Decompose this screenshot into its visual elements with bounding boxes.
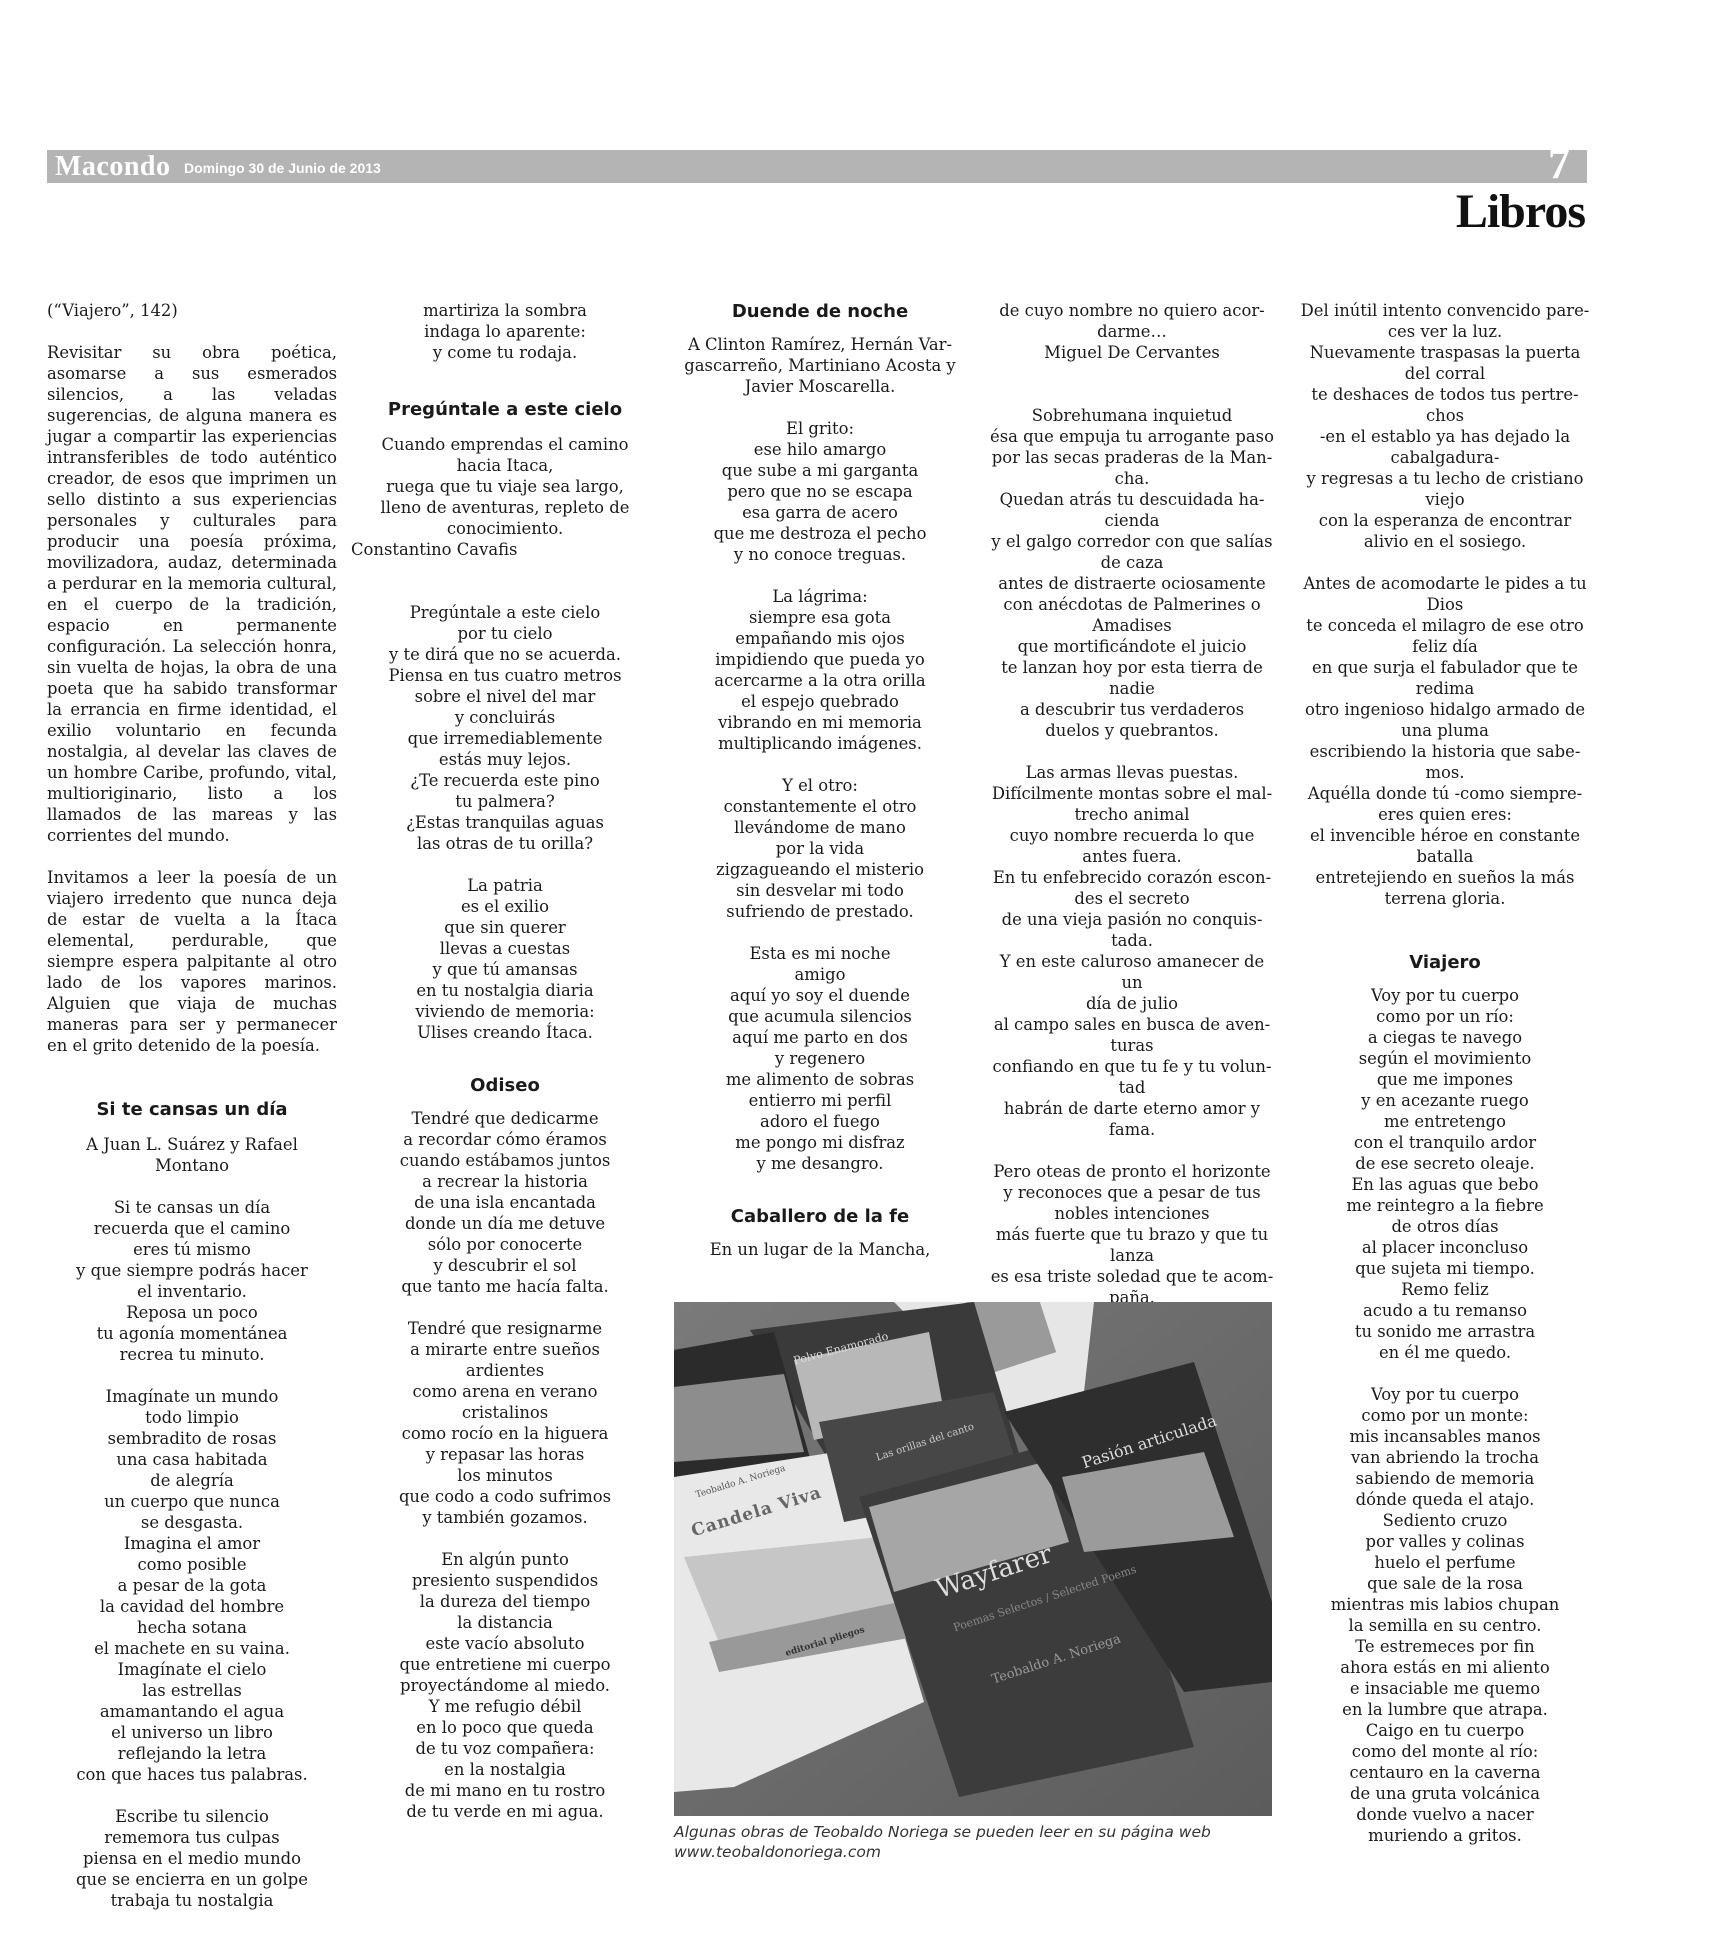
poem-line: del corral xyxy=(1300,363,1590,384)
poem-line: de cuyo nombre no quiero acor- xyxy=(987,300,1277,321)
poem-line: Pero oteas de pronto el horizonte xyxy=(987,1161,1277,1182)
poem-line: -en el establo ya has dejado la xyxy=(1300,426,1590,447)
poem-line: las estrellas xyxy=(47,1680,337,1701)
poem-line: la distancia xyxy=(360,1612,650,1633)
publication-name: Macondo xyxy=(55,150,171,183)
poem-line: van abriendo la trocha xyxy=(1300,1447,1590,1468)
poem-line: que se encierra en un golpe xyxy=(47,1869,337,1890)
poem-line: por la vida xyxy=(675,838,965,859)
poem-line: vibrando en mi memoria xyxy=(675,712,965,733)
poem-line: de alegría xyxy=(47,1470,337,1491)
column-4: de cuyo nombre no quiero acor-darme… Mig… xyxy=(987,300,1277,1308)
poem-line: y regenero xyxy=(675,1048,965,1069)
poem-line: de una vieja pasión no conquis- xyxy=(987,909,1277,930)
epigraph-author: Miguel De Cervantes xyxy=(987,342,1277,363)
poem-line: Difícilmente montas sobre el mal- xyxy=(987,783,1277,804)
poem-line: ces ver la luz. xyxy=(1300,321,1590,342)
poem-line: Javier Moscarella. xyxy=(675,376,965,397)
poem-line: a mirarte entre sueños xyxy=(360,1339,650,1360)
poem-line: Esta es mi noche xyxy=(675,943,965,964)
poem-line: piensa en el medio mundo xyxy=(47,1848,337,1869)
poem-line: viviendo de memoria: xyxy=(360,1001,650,1022)
poem-line: ardientes xyxy=(360,1360,650,1381)
poem-line: Quedan atrás tu descuidada ha- xyxy=(987,489,1277,510)
poem-line: de ese secreto oleaje. xyxy=(1300,1153,1590,1174)
column-1: (“Viajero”, 142) Revisitar su obra poéti… xyxy=(47,300,337,1911)
poem-line: Reposa un poco xyxy=(47,1302,337,1323)
poem-line: me alimento de sobras xyxy=(675,1069,965,1090)
poem-line: las otras de tu orilla? xyxy=(360,833,650,854)
poem-line: lanza xyxy=(987,1245,1277,1266)
poem-line: este vacío absoluto xyxy=(360,1633,650,1654)
poem-line: cristalinos xyxy=(360,1402,650,1423)
poem-title-si-te-cansas: Si te cansas un día xyxy=(47,1098,337,1122)
poem-line: me reintegro a la fiebre xyxy=(1300,1195,1590,1216)
poem-line: y no conoce treguas. xyxy=(675,544,965,565)
poem-line: me pongo mi disfraz xyxy=(675,1132,965,1153)
page-number: 7 xyxy=(1548,142,1570,186)
poem-line: trecho animal xyxy=(987,804,1277,825)
poem-title-duende: Duende de noche xyxy=(675,300,965,324)
poem-stanza: La patriaes el exilioque sin quererlleva… xyxy=(360,875,650,1043)
poem-line: ésa que empuja tu arrogante paso xyxy=(987,426,1277,447)
poem-line: la cavidad del hombre xyxy=(47,1596,337,1617)
issue-date: Domingo 30 de Junio de 2013 xyxy=(184,158,381,178)
poem-line: tu sonido me arrastra xyxy=(1300,1321,1590,1342)
poem-line: que codo a codo sufrimos xyxy=(360,1486,650,1507)
poem-line: que sin querer xyxy=(360,917,650,938)
poem-line: Del inútil intento convencido pare- xyxy=(1300,300,1590,321)
citation: (“Viajero”, 142) xyxy=(47,300,337,321)
poem-line: esa garra de acero xyxy=(675,502,965,523)
poem-line: Antes de acomodarte le pides a tu xyxy=(1300,573,1590,594)
poem-line: Y el otro: xyxy=(675,775,965,796)
poem-stanza: Voy por tu cuerpocomo por un monte:mis i… xyxy=(1300,1384,1590,1846)
poem-line: tad xyxy=(987,1077,1277,1098)
poem-line: según el movimiento xyxy=(1300,1048,1590,1069)
poem-line: y descubrir el sol xyxy=(360,1255,650,1276)
poem-line: más fuerte que tu brazo y que tu xyxy=(987,1224,1277,1245)
poem-line: llevas a cuestas xyxy=(360,938,650,959)
poem-line: y te dirá que no se acuerda. xyxy=(360,644,650,665)
poem-line: sobre el nivel del mar xyxy=(360,686,650,707)
poem-line: viejo xyxy=(1300,489,1590,510)
books-photo: Polvo Enamorado Candela Viva Teobaldo A.… xyxy=(674,1302,1272,1816)
poem-line: A Clinton Ramírez, Hernán Var- xyxy=(675,334,965,355)
poem-line: como arena en verano xyxy=(360,1381,650,1402)
poem-line: y que siempre podrás hacer xyxy=(47,1260,337,1281)
poem-line: Sediento cruzo xyxy=(1300,1510,1590,1531)
poem-line: en la nostalgia xyxy=(360,1759,650,1780)
poem-stanza: Antes de acomodarte le pides a tuDioste … xyxy=(1300,573,1590,909)
poem-line: a recrear la historia xyxy=(360,1171,650,1192)
poem-title-odiseo: Odiseo xyxy=(360,1074,650,1098)
poem-line: que me impones xyxy=(1300,1069,1590,1090)
poem-line: redima xyxy=(1300,678,1590,699)
poem-line: de una gruta volcánica xyxy=(1300,1783,1590,1804)
poem-line: indaga lo aparente: xyxy=(360,321,650,342)
poem-stanza: Si te cansas un díarecuerda que el camin… xyxy=(47,1197,337,1365)
poem-line: Tendré que dedicarme xyxy=(360,1108,650,1129)
poem-line: con anécdotas de Palmerines o xyxy=(987,594,1277,615)
poem-line: aquí me parto en dos xyxy=(675,1027,965,1048)
poem-title-preguntale: Pregúntale a este cielo xyxy=(360,398,650,422)
poem-line: fama. xyxy=(987,1119,1277,1140)
poem-line: el universo un libro xyxy=(47,1722,337,1743)
poem-line: y come tu rodaja. xyxy=(360,342,650,363)
poem-line: y también gozamos. xyxy=(360,1507,650,1528)
poem-epigraph-start: En un lugar de la Mancha, xyxy=(675,1239,965,1260)
poem-line: al campo sales en busca de aven- xyxy=(987,1014,1277,1035)
poem-line: el espejo quebrado xyxy=(675,691,965,712)
poem-line: feliz día xyxy=(1300,636,1590,657)
poem-line: martiriza la sombra xyxy=(360,300,650,321)
poem-line: presiento suspendidos xyxy=(360,1570,650,1591)
poem-line: duelos y quebrantos. xyxy=(987,720,1277,741)
poem-line: de una isla encantada xyxy=(360,1192,650,1213)
poem-line: recuerda que el camino xyxy=(47,1218,337,1239)
poem-line: gascarreño, Martiniano Acosta y xyxy=(675,355,965,376)
poem-line: de caza xyxy=(987,552,1277,573)
poem-line: en él me quedo. xyxy=(1300,1342,1590,1363)
poem-line: tu agonía momentánea xyxy=(47,1323,337,1344)
poem-line: tada. xyxy=(987,930,1277,951)
poem-line: sufriendo de prestado. xyxy=(675,901,965,922)
poem-line: de otros días xyxy=(1300,1216,1590,1237)
poem-line: Ulises creando Ítaca. xyxy=(360,1022,650,1043)
poem-stanza: Del inútil intento convencido pare-ces v… xyxy=(1300,300,1590,552)
poem-line: te lanzan hoy por esta tierra de xyxy=(987,657,1277,678)
poem-line: Sobrehumana inquietud xyxy=(987,405,1277,426)
poem-line: hecha sotana xyxy=(47,1617,337,1638)
poem-line: se desgasta. xyxy=(47,1512,337,1533)
poem-line: acercarme a la otra orilla xyxy=(675,670,965,691)
poem-line: cabalgadura- xyxy=(1300,447,1590,468)
poem-stanza: Pero oteas de pronto el horizontey recon… xyxy=(987,1161,1277,1308)
poem-line: La patria xyxy=(360,875,650,896)
poem-line: que sube a mi garganta xyxy=(675,460,965,481)
poem-line: la dureza del tiempo xyxy=(360,1591,650,1612)
poem-line: ahora estás en mi aliento xyxy=(1300,1657,1590,1678)
poem-line: y el galgo corredor con que salías xyxy=(987,531,1277,552)
poem-line: Cuando emprendas el camino xyxy=(360,434,650,455)
poem-line: dónde queda el atajo. xyxy=(1300,1489,1590,1510)
poem-line: El grito: xyxy=(675,418,965,439)
poem-line: des el secreto xyxy=(987,888,1277,909)
poem-line: empañando mis ojos xyxy=(675,628,965,649)
poem-line: mientras mis labios chupan xyxy=(1300,1594,1590,1615)
poem-line: donde un día me detuve xyxy=(360,1213,650,1234)
poem-line: Imagina el amor xyxy=(47,1533,337,1554)
poem-line: habrán de darte eterno amor y xyxy=(987,1098,1277,1119)
poem-line: tu palmera? xyxy=(360,791,650,812)
poem-line: Tendré que resignarme xyxy=(360,1318,650,1339)
poem-line: e insaciable me quemo xyxy=(1300,1678,1590,1699)
poem-line: sin desvelar mi todo xyxy=(675,880,965,901)
poem-line: con el tranquilo ardor xyxy=(1300,1132,1590,1153)
epigraph-author: Constantino Cavafis xyxy=(351,539,650,560)
poem-line: el inventario. xyxy=(47,1281,337,1302)
poem-line: en lo poco que queda xyxy=(360,1717,650,1738)
poem-line: ¿Estas tranquilas aguas xyxy=(360,812,650,833)
article-paragraph-2: Invitamos a leer la poesía de un viajero… xyxy=(47,867,337,1056)
poem-line: día de julio xyxy=(987,993,1277,1014)
poem-line: por tu cielo xyxy=(360,623,650,644)
poem-line: Imagínate un mundo xyxy=(47,1386,337,1407)
poem-line: en que surja el fabulador que te xyxy=(1300,657,1590,678)
poem-line: el invencible héroe en constante xyxy=(1300,825,1590,846)
poem-line: Dios xyxy=(1300,594,1590,615)
poem-line: Piensa en tus cuatro metros xyxy=(360,665,650,686)
poem-line: huelo el perfume xyxy=(1300,1552,1590,1573)
books-photo-illustration xyxy=(674,1302,1272,1816)
poem-line: constantemente el otro xyxy=(675,796,965,817)
photo-caption: Algunas obras de Teobaldo Noriega se pue… xyxy=(674,1822,1284,1862)
poem-line: me entretengo xyxy=(1300,1111,1590,1132)
poem-line: que irremediablemente xyxy=(360,728,650,749)
column-3: Duende de noche A Clinton Ramírez, Herná… xyxy=(675,300,965,1260)
poem-line: de mi mano en tu rostro xyxy=(360,1780,650,1801)
poem-line: un cuerpo que nunca xyxy=(47,1491,337,1512)
poem-stanza: Tendré que dedicarmea recordar cómo éram… xyxy=(360,1108,650,1297)
poem-line: Amadises xyxy=(987,615,1277,636)
poem-line: proyectándome al miedo. xyxy=(360,1675,650,1696)
poem-line: que acumula silencios xyxy=(675,1006,965,1027)
poem-stanza: Imagínate un mundotodo limpiosembradito … xyxy=(47,1386,337,1785)
poem-line: amigo xyxy=(675,964,965,985)
poem-line: terrena gloria. xyxy=(1300,888,1590,909)
poem-line: a descubrir tus verdaderos xyxy=(987,699,1277,720)
poem-continuation: martiriza la sombraindaga lo aparente:y … xyxy=(360,300,650,363)
poem-line: que sale de la rosa xyxy=(1300,1573,1590,1594)
poem-line: te conceda el milagro de ese otro xyxy=(1300,615,1590,636)
poem-line: como por un río: xyxy=(1300,1006,1590,1027)
poem-line: llevándome de mano xyxy=(675,817,965,838)
poem-line: Escribe tu silencio xyxy=(47,1806,337,1827)
poem-line: Remo feliz xyxy=(1300,1279,1590,1300)
poem-line: y regresas a tu lecho de cristiano xyxy=(1300,468,1590,489)
poem-line: que entretiene mi cuerpo xyxy=(360,1654,650,1675)
poem-line: aquí yo soy el duende xyxy=(675,985,965,1006)
poem-line: donde vuelvo a nacer xyxy=(1300,1804,1590,1825)
poem-line: con la esperanza de encontrar xyxy=(1300,510,1590,531)
poem-line: Las armas llevas puestas. xyxy=(987,762,1277,783)
poem-line: por las secas praderas de la Man- xyxy=(987,447,1277,468)
poem-line: La lágrima: xyxy=(675,586,965,607)
poem-stanza: Tendré que resignarmea mirarte entre sue… xyxy=(360,1318,650,1528)
poem-line: trabaja tu nostalgia xyxy=(47,1890,337,1911)
poem-line: y concluirás xyxy=(360,707,650,728)
poem-stanza: Las armas llevas puestas.Difícilmente mo… xyxy=(987,762,1277,1140)
poem-line: con que haces tus palabras. xyxy=(47,1764,337,1785)
poem-line: y me desangro. xyxy=(675,1153,965,1174)
poem-line: que me destroza el pecho xyxy=(675,523,965,544)
poem-line: confiando en que tu fe y tu volun- xyxy=(987,1056,1277,1077)
poem-line: cienda xyxy=(987,510,1277,531)
poem-line: es esa triste soledad que te acom- xyxy=(987,1266,1277,1287)
poem-line: que tanto me hacía falta. xyxy=(360,1276,650,1297)
poem-line: antes de distraerte ociosamente xyxy=(987,573,1277,594)
poem-line: impidiendo que pueda yo xyxy=(675,649,965,670)
poem-line: te deshaces de todos tus pertre- xyxy=(1300,384,1590,405)
poem-line: adoro el fuego xyxy=(675,1111,965,1132)
section-title: Libros xyxy=(1456,182,1585,242)
poem-line: como posible xyxy=(47,1554,337,1575)
poem-line: Nuevamente traspasas la puerta xyxy=(1300,342,1590,363)
article-paragraph-1: Revisitar su obra poética, asomarse a su… xyxy=(47,342,337,846)
poem-line: por valles y colinas xyxy=(1300,1531,1590,1552)
poem-stanza: Escribe tu silenciorememora tus culpaspi… xyxy=(47,1806,337,1911)
poem-dedication: A Clinton Ramírez, Hernán Var-gascarreño… xyxy=(675,334,965,397)
poem-line: pero que no se escapa xyxy=(675,481,965,502)
poem-line: nadie xyxy=(987,678,1277,699)
poem-title-viajero: Viajero xyxy=(1300,951,1590,975)
poem-line: de tu verde en mi agua. xyxy=(360,1801,650,1822)
poem-line: cuyo nombre recuerda lo que xyxy=(987,825,1277,846)
poem-stanza: Y el otro:constantemente el otrollevándo… xyxy=(675,775,965,922)
poem-stanza: El grito:ese hilo amargoque sube a mi ga… xyxy=(675,418,965,565)
poem-line: reflejando la letra xyxy=(47,1743,337,1764)
poem-stanza: En algún puntopresiento suspendidosla du… xyxy=(360,1549,650,1822)
poem-stanza: Pregúntale a este cielopor tu cieloy te … xyxy=(360,602,650,854)
poem-line: y en acezante ruego xyxy=(1300,1090,1590,1111)
poem-line: Si te cansas un día xyxy=(47,1197,337,1218)
poem-line: otro ingenioso hidalgo armado de xyxy=(1300,699,1590,720)
poem-line: siempre esa gota xyxy=(675,607,965,628)
poem-line: darme… xyxy=(987,321,1277,342)
poem-stanza: Voy por tu cuerpocomo por un río:a ciega… xyxy=(1300,985,1590,1363)
poem-line: lleno de aventuras, repleto de xyxy=(360,497,650,518)
poem-line: eres quien eres: xyxy=(1300,804,1590,825)
poem-line: escribiendo la historia que sabe- xyxy=(1300,741,1590,762)
poem-line: Y me refugio débil xyxy=(360,1696,650,1717)
poem-line: En algún punto xyxy=(360,1549,650,1570)
page-header-bar: Macondo Domingo 30 de Junio de 2013 xyxy=(47,150,1587,183)
poem-epigraph: Cuando emprendas el caminohacia Itaca,ru… xyxy=(360,434,650,539)
poem-line: rememora tus culpas xyxy=(47,1827,337,1848)
poem-line: que sujeta mi tiempo. xyxy=(1300,1258,1590,1279)
poem-line: nobles intenciones xyxy=(987,1203,1277,1224)
poem-line: conocimiento. xyxy=(360,518,650,539)
poem-line: amamantando el agua xyxy=(47,1701,337,1722)
poem-line: ese hilo amargo xyxy=(675,439,965,460)
poem-line: hacia Itaca, xyxy=(360,455,650,476)
poem-line: mis incansables manos xyxy=(1300,1426,1590,1447)
poem-line: de tu voz compañera: xyxy=(360,1738,650,1759)
poem-line: alivio en el sosiego. xyxy=(1300,531,1590,552)
poem-line: a pesar de la gota xyxy=(47,1575,337,1596)
poem-line: es el exilio xyxy=(360,896,650,917)
poem-epigraph-continued: de cuyo nombre no quiero acor-darme… xyxy=(987,300,1277,342)
poem-line: los minutos xyxy=(360,1465,650,1486)
poem-line: mos. xyxy=(1300,762,1590,783)
poem-line: En tu enfebrecido corazón escon- xyxy=(987,867,1277,888)
poem-line: Y en este caluroso amanecer de un xyxy=(987,951,1277,993)
poem-line: Te estremeces por fin xyxy=(1300,1636,1590,1657)
poem-line: estás muy lejos. xyxy=(360,749,650,770)
poem-line: centauro en la caverna xyxy=(1300,1762,1590,1783)
poem-line: cuando estábamos juntos xyxy=(360,1150,650,1171)
poem-line: cha. xyxy=(987,468,1277,489)
poem-line: la semilla en su centro. xyxy=(1300,1615,1590,1636)
poem-line: como por un monte: xyxy=(1300,1405,1590,1426)
poem-line: Voy por tu cuerpo xyxy=(1300,985,1590,1006)
poem-line: todo limpio xyxy=(47,1407,337,1428)
poem-line: turas xyxy=(987,1035,1277,1056)
poem-line: que mortificándote el juicio xyxy=(987,636,1277,657)
poem-line: y que tú amansas xyxy=(360,959,650,980)
poem-line: batalla xyxy=(1300,846,1590,867)
poem-line: a ciegas te navego xyxy=(1300,1027,1590,1048)
poem-line: al placer inconcluso xyxy=(1300,1237,1590,1258)
poem-line: ruega que tu viaje sea largo, xyxy=(360,476,650,497)
poem-line: a recordar cómo éramos xyxy=(360,1129,650,1150)
poem-line: Imagínate el cielo xyxy=(47,1659,337,1680)
poem-line: sólo por conocerte xyxy=(360,1234,650,1255)
poem-stanza: La lágrima:siempre esa gotaempañando mis… xyxy=(675,586,965,754)
poem-line: una casa habitada xyxy=(47,1449,337,1470)
poem-line: y repasar las horas xyxy=(360,1444,650,1465)
poem-line: y reconoces que a pesar de tus xyxy=(987,1182,1277,1203)
poem-line: eres tú mismo xyxy=(47,1239,337,1260)
poem-line: En las aguas que bebo xyxy=(1300,1174,1590,1195)
poem-line: multiplicando imágenes. xyxy=(675,733,965,754)
poem-line: entretejiendo en sueños la más xyxy=(1300,867,1590,888)
poem-line: acudo a tu remanso xyxy=(1300,1300,1590,1321)
poem-line: chos xyxy=(1300,405,1590,426)
poem-line: zigzagueando el misterio xyxy=(675,859,965,880)
poem-line: Pregúntale a este cielo xyxy=(360,602,650,623)
poem-line: sembradito de rosas xyxy=(47,1428,337,1449)
poem-stanza: Esta es mi nocheamigoaquí yo soy el duen… xyxy=(675,943,965,1174)
poem-line: como rocío en la higuera xyxy=(360,1423,650,1444)
poem-line: como del monte al río: xyxy=(1300,1741,1590,1762)
poem-line: muriendo a gritos. xyxy=(1300,1825,1590,1846)
poem-line: ¿Te recuerda este pino xyxy=(360,770,650,791)
poem-line: el machete en su vaina. xyxy=(47,1638,337,1659)
poem-line: sabiendo de memoria xyxy=(1300,1468,1590,1489)
column-2: martiriza la sombraindaga lo aparente:y … xyxy=(360,300,650,1822)
poem-line: antes fuera. xyxy=(987,846,1277,867)
poem-stanza: Sobrehumana inquietudésa que empuja tu a… xyxy=(987,405,1277,741)
poem-line: Caigo en tu cuerpo xyxy=(1300,1720,1590,1741)
poem-line: Aquélla donde tú -como siempre- xyxy=(1300,783,1590,804)
poem-line: entierro mi perfil xyxy=(675,1090,965,1111)
poem-line: recrea tu minuto. xyxy=(47,1344,337,1365)
column-5: Del inútil intento convencido pare-ces v… xyxy=(1300,300,1590,1846)
poem-title-caballero: Caballero de la fe xyxy=(675,1205,965,1229)
poem-line: en la lumbre que atrapa. xyxy=(1300,1699,1590,1720)
poem-line: en tu nostalgia diaria xyxy=(360,980,650,1001)
poem-line: una pluma xyxy=(1300,720,1590,741)
poem-line: Voy por tu cuerpo xyxy=(1300,1384,1590,1405)
poem-dedication: A Juan L. Suárez y Rafael Montano xyxy=(47,1134,337,1176)
